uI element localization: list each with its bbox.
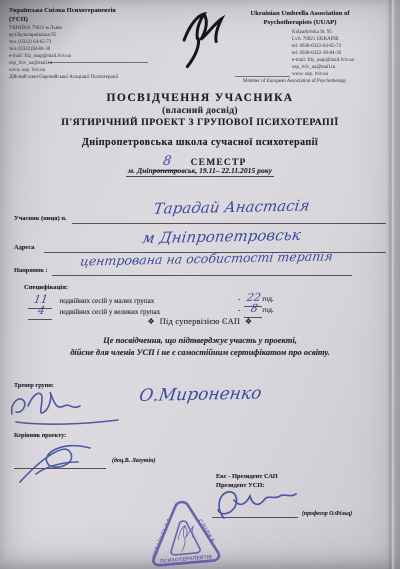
certificate-subtitle: (власний досвід) bbox=[0, 106, 400, 116]
school-title: Дніпропетровська школа сучасної психотер… bbox=[0, 137, 400, 148]
certificate-title: ПОСВІДЧЕННЯ УЧАСНИКА bbox=[0, 92, 400, 104]
statement-line2: дійсне для членів УСП і не є самостійним… bbox=[0, 347, 400, 357]
stamp-text-right: СПІЛКА bbox=[196, 518, 216, 544]
certificate-document: Українська Спілка Психотерапевтів (УСП) … bbox=[0, 0, 400, 569]
diamond-icon: ❖ bbox=[245, 317, 253, 326]
statement-line1: Це посвідчення, що підтверджує участь у … bbox=[0, 335, 400, 345]
org-member-line-ua: Дійсний член Європейської Асоціації Псих… bbox=[9, 74, 118, 82]
spec-dash-2: - bbox=[238, 306, 240, 314]
president-label-line1: Екс - Президент САП bbox=[216, 473, 278, 480]
stamp-monogram-icon bbox=[177, 525, 195, 551]
org-abbr-ua: (УСП) bbox=[9, 16, 28, 23]
stamp-text-left: УКРАЇНСЬКА bbox=[151, 517, 174, 560]
usp-stamp: УКРАЇНСЬКА СПІЛКА ПСИХОТЕРАПЕВТІВ bbox=[135, 493, 233, 569]
diamond-icon: ❖ bbox=[147, 317, 155, 326]
project-lead-signature-flourish bbox=[12, 438, 122, 488]
direction-label: Напрямок : bbox=[14, 267, 48, 274]
president-name: (професор О.Фільц) bbox=[302, 511, 352, 517]
supervision-line: ❖ Під супервізією ЄАП ❖ bbox=[0, 316, 400, 326]
trainer-name-handwritten: О.Мироненко bbox=[138, 383, 263, 406]
org-name-ua: Українська Спілка Психотерапевтів bbox=[9, 7, 116, 15]
trainer-signature-flourish bbox=[6, 384, 136, 432]
participant-label: Учасник (ниця) п. bbox=[14, 215, 67, 222]
address-label: Адреса bbox=[14, 244, 34, 251]
org-member-line-en: Member of European Association of Psycho… bbox=[243, 78, 346, 86]
supervision-text: Під супервізією ЄАП bbox=[160, 317, 240, 326]
spec-hours-2-handwritten: 8 bbox=[250, 302, 259, 315]
spec-text-2: подвійних сесій у великих групах bbox=[60, 308, 161, 316]
org-name-en-line1: Ukrainian Umbrella Association of bbox=[210, 10, 390, 17]
paper-crease bbox=[387, 0, 396, 569]
project-title: П'ЯТИРІЧНИЙ ПРОЕКТ З ГРУПОВОЇ ПСИХОТЕРАП… bbox=[0, 117, 400, 128]
place-date: м. Дніпропетровськ, 19.11– 22.11.2015 ро… bbox=[0, 166, 400, 175]
project-lead-name: (доц.В. Лагутін) bbox=[112, 458, 155, 464]
spec-unit-2: год. bbox=[262, 306, 273, 314]
org-name-en-line2: Psychotherapists (UUAP) bbox=[210, 19, 390, 26]
